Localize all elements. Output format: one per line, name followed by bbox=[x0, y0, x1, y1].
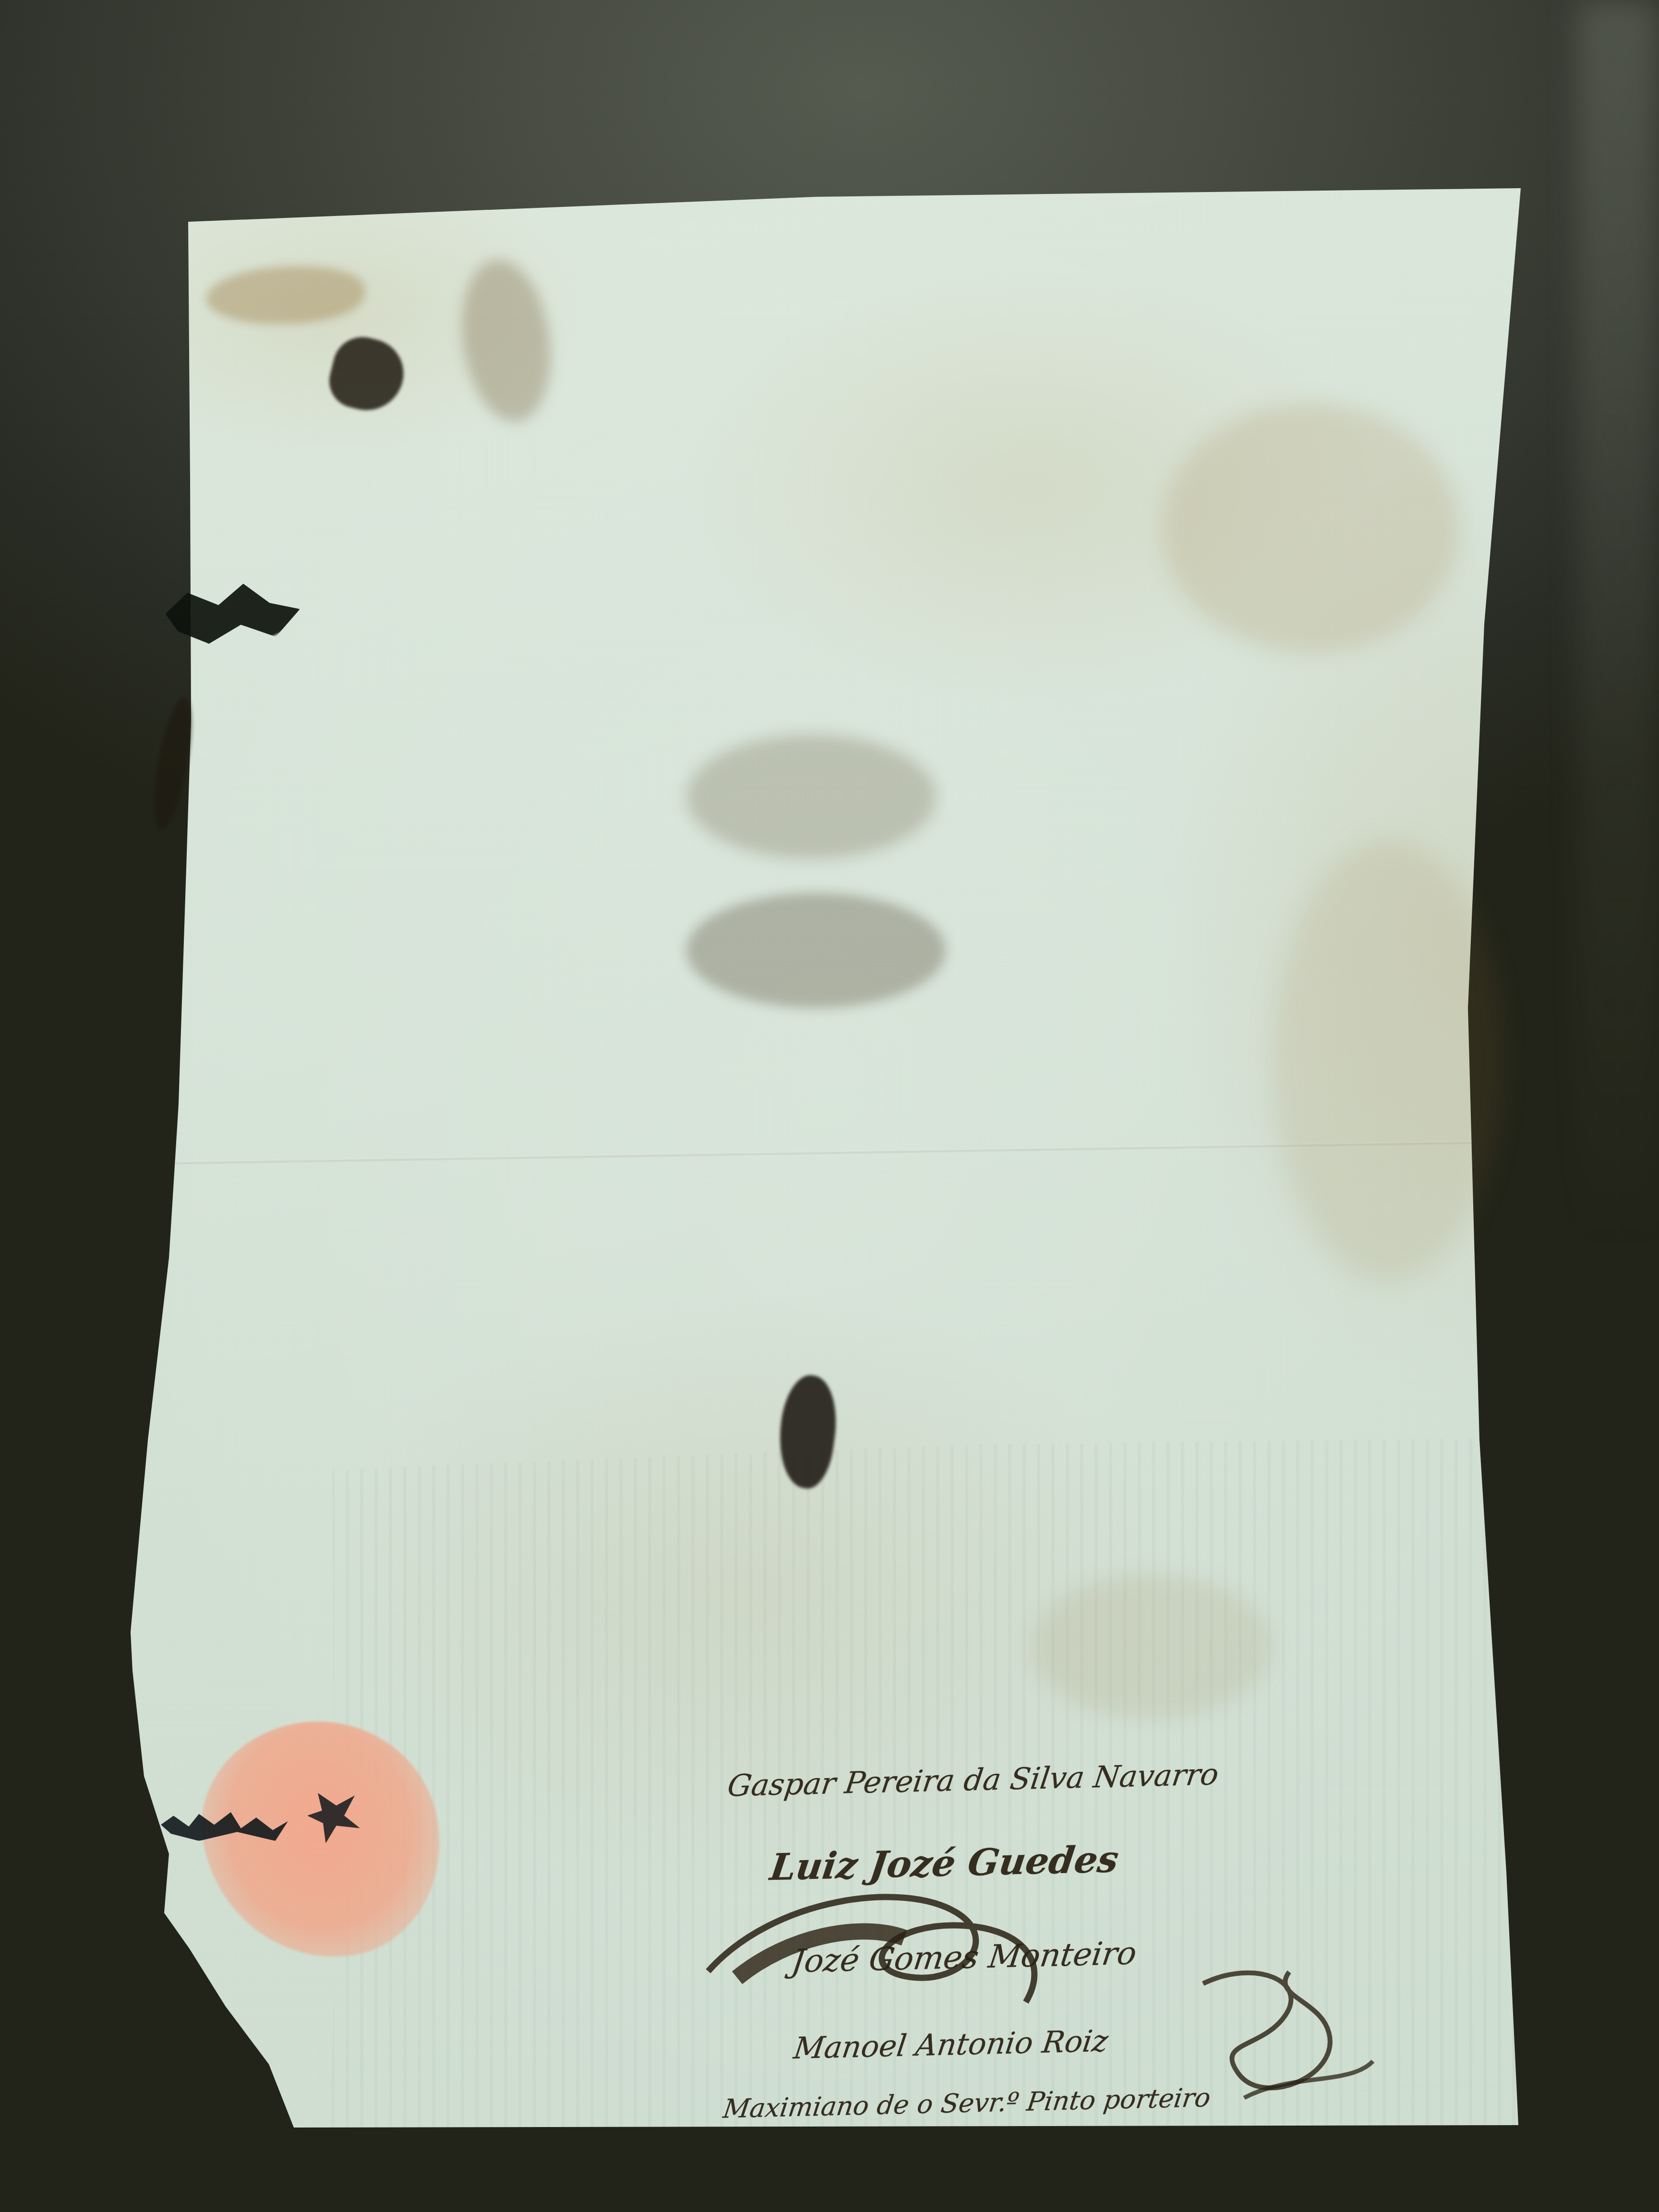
backdrop-light-streak bbox=[1577, 0, 1659, 1248]
signature-manoel: Manoel Antonio Roiz bbox=[792, 2023, 1110, 2066]
laid-paper-texture bbox=[144, 1248, 1536, 2160]
signature-luiz: Luiz Jozé Guedes bbox=[768, 1838, 1121, 1888]
fold-crease bbox=[144, 1141, 1517, 1165]
photo-background: Gaspar Pereira da Silva Navarro Luiz Joz… bbox=[0, 0, 1659, 2212]
